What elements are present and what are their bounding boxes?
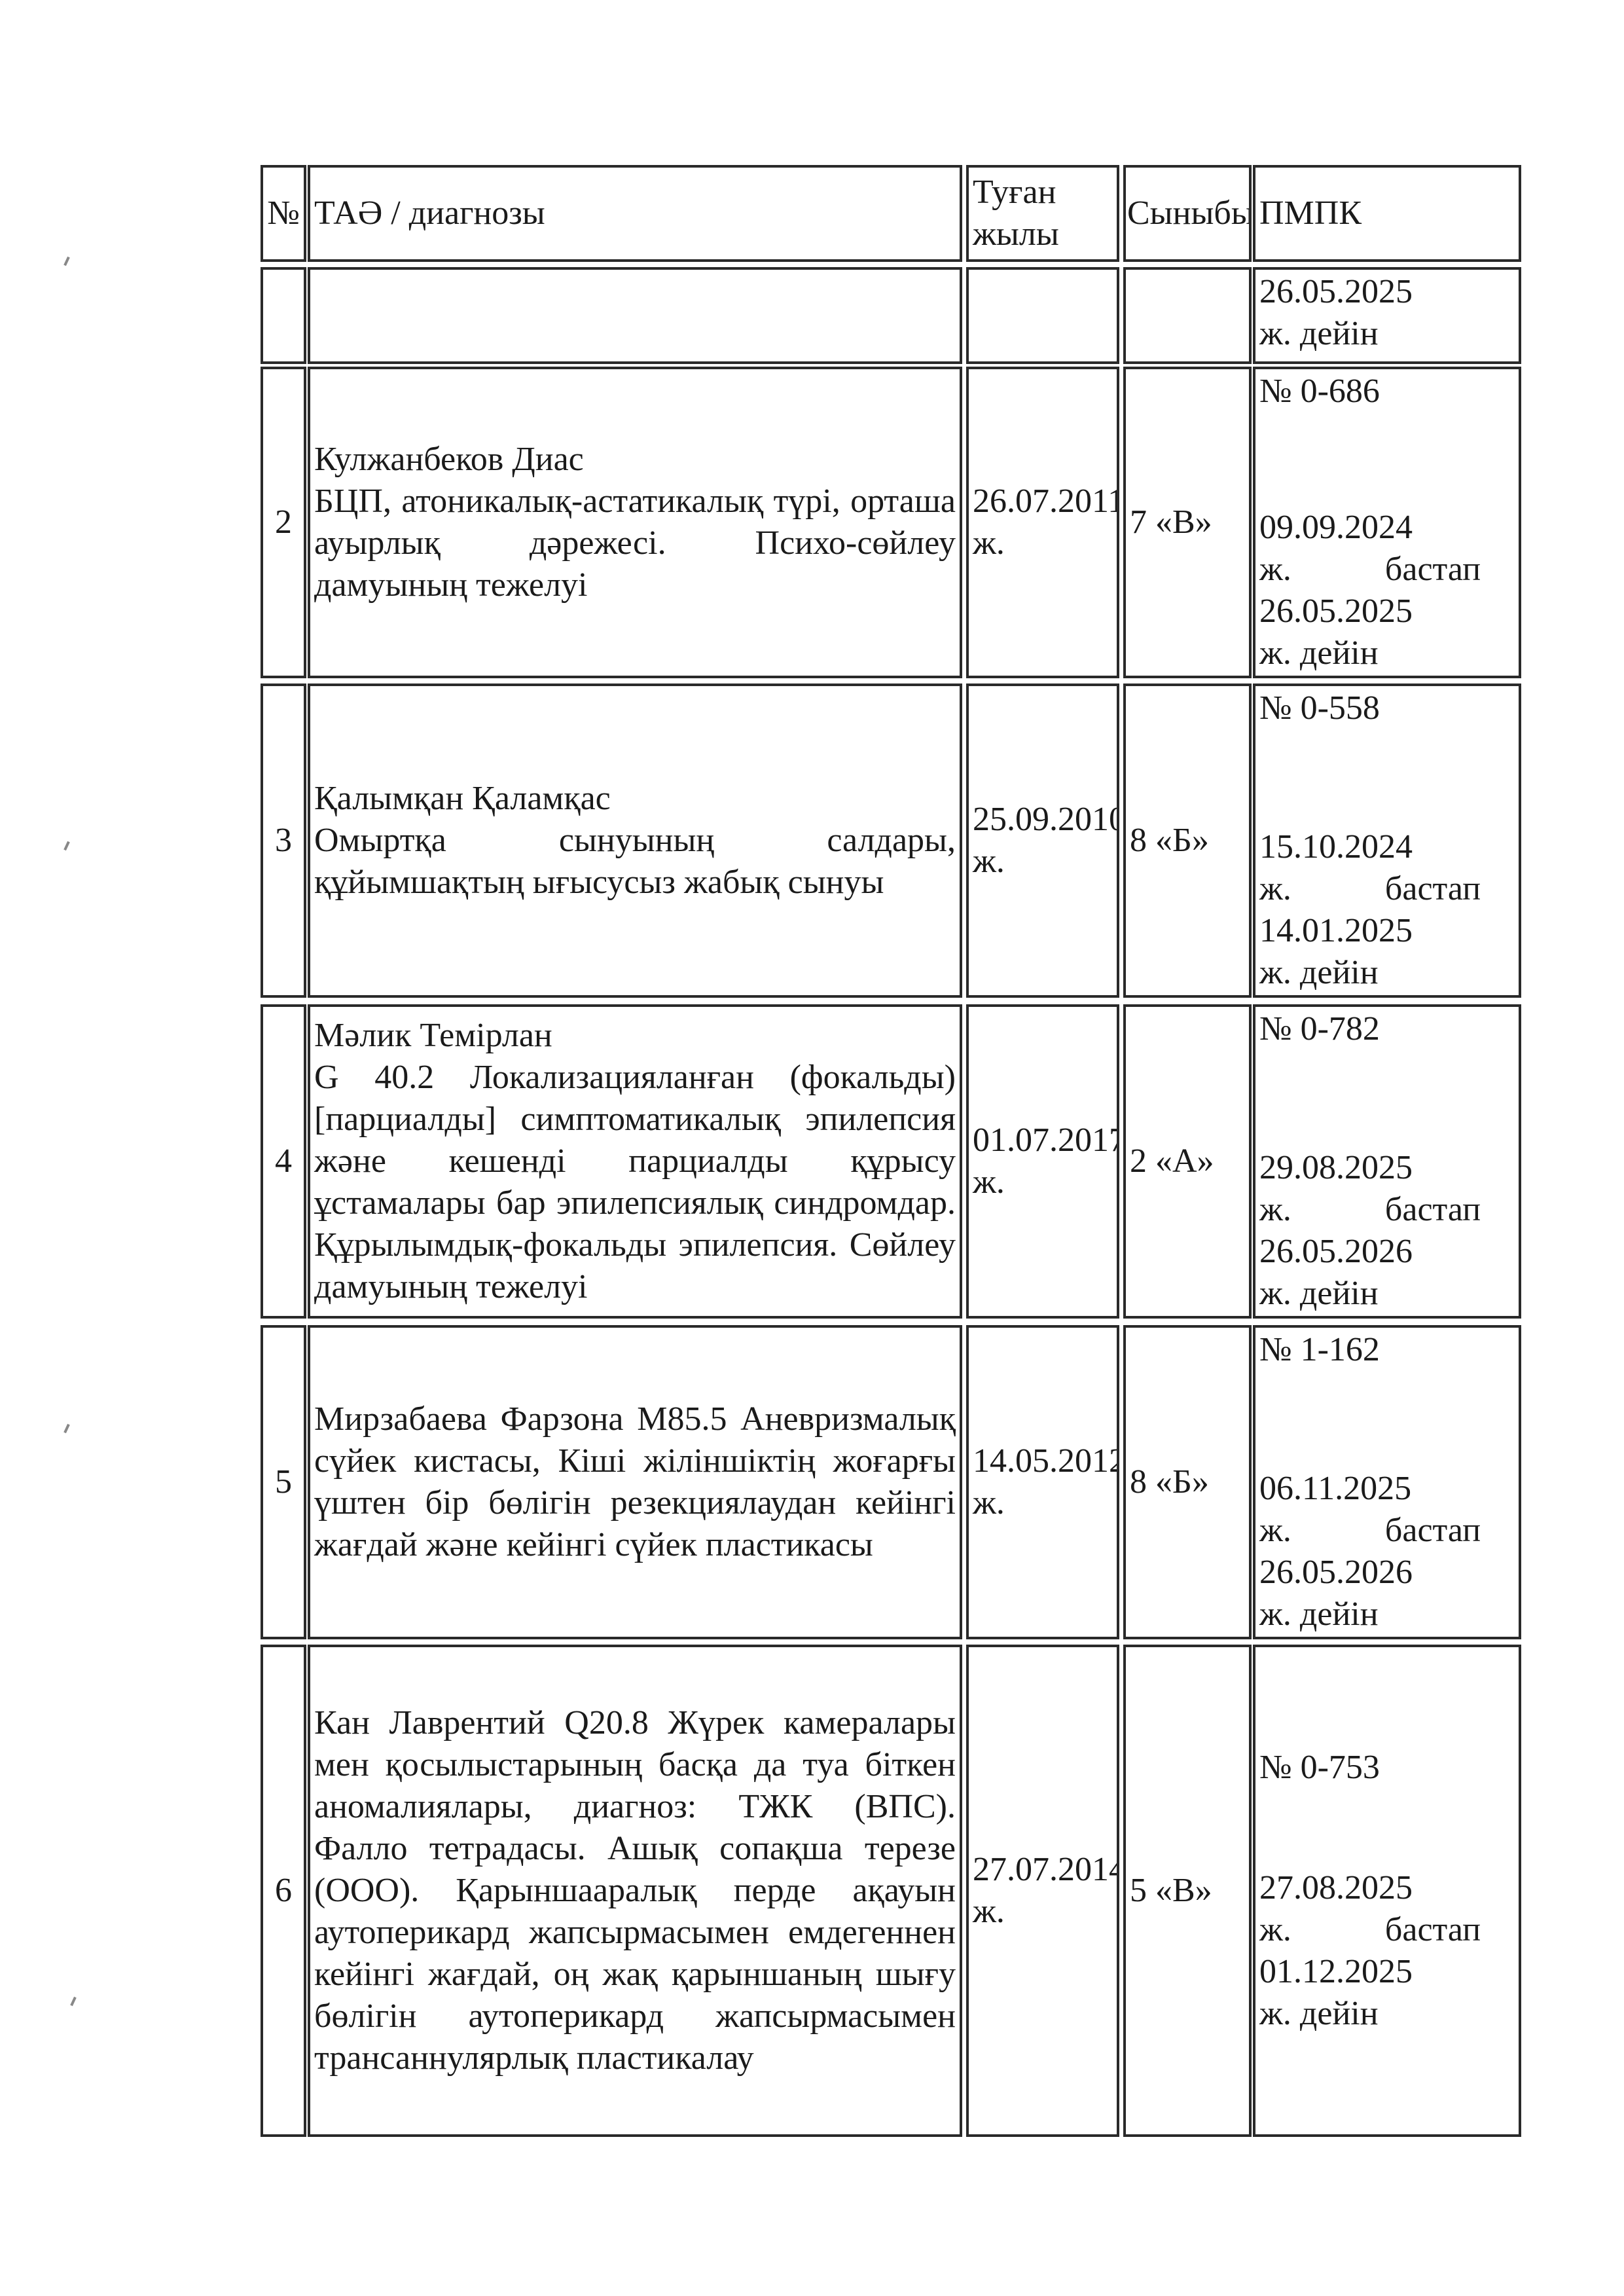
pmpk-from-label: ж. бастап bbox=[1259, 1189, 1515, 1231]
cell-name-diagnosis: Кан Лаврентий Q20.8 Жүрек камералары мен… bbox=[308, 1645, 962, 2137]
cell-class: 8 «Б» bbox=[1123, 1325, 1252, 1639]
student-name: Кан Лаврентий bbox=[314, 1704, 545, 1741]
cell-pmpk: 26.05.2025 ж. дейін bbox=[1253, 267, 1521, 364]
header-birth-year-line1: Туған bbox=[973, 172, 1056, 213]
cell-class bbox=[1123, 267, 1252, 364]
cell-pmpk: № 0-558 15.10.2024 ж. бастап 14.01.2025 … bbox=[1253, 683, 1521, 998]
diagnosis-text: Омыртқа сынуының салдары, құйымшақтың ығ… bbox=[314, 820, 956, 903]
pmpk-number: № 1-162 bbox=[1259, 1329, 1515, 1371]
birth-suffix: ж. bbox=[973, 841, 1113, 883]
cell-number: 6 bbox=[261, 1645, 306, 2137]
pmpk-from-date: 06.11.2025 bbox=[1259, 1468, 1515, 1510]
diagnosis-text: G 40.2 Локализацияланған (фокальды) [пар… bbox=[314, 1057, 956, 1308]
cell-birth-date: 26.07.2011 ж. bbox=[966, 367, 1119, 678]
header-birth-year: Туған жылы bbox=[966, 165, 1119, 262]
birth-date: 26.07.2011 bbox=[973, 481, 1113, 522]
class-value: 7 «В» bbox=[1130, 501, 1245, 543]
cell-birth-date: 01.07.2017 ж. bbox=[966, 1004, 1119, 1319]
cell-pmpk: № 0-753 27.08.2025 ж. бастап 01.12.2025 … bbox=[1253, 1645, 1521, 2137]
header-class-label: Сыныбы bbox=[1127, 192, 1252, 234]
header-birth-year-line2: жылы bbox=[973, 213, 1059, 255]
pmpk-from-date: 29.08.2025 bbox=[1259, 1147, 1515, 1189]
header-pmpk-label: ПМПК bbox=[1259, 192, 1362, 234]
header-name-diagnosis-label: ТАӘ / диагнозы bbox=[314, 192, 545, 234]
cell-pmpk: № 1-162 06.11.2025 ж. бастап 26.05.2026 … bbox=[1253, 1325, 1521, 1639]
pmpk-until-label: ж. дейін bbox=[1259, 1594, 1515, 1635]
pmpk-until-label: ж. дейін bbox=[1259, 632, 1515, 674]
cell-pmpk: № 0-782 29.08.2025 ж. бастап 26.05.2026 … bbox=[1253, 1004, 1521, 1319]
cell-pmpk: № 0-686 09.09.2024 ж. бастап 26.05.2025 … bbox=[1253, 367, 1521, 678]
cell-birth-date: 27.07.2014 ж. bbox=[966, 1645, 1119, 2137]
pmpk-from-label: ж. бастап bbox=[1259, 549, 1515, 591]
name-diagnosis-text: Мирзабаева Фарзона M85.5 Аневризмалық сү… bbox=[314, 1398, 956, 1566]
diagnosis-text: БЦП, атоникалық-астатикалық түрі, орташа… bbox=[314, 481, 956, 606]
class-value: 8 «Б» bbox=[1130, 820, 1245, 862]
row-number: 3 bbox=[275, 820, 292, 862]
student-name: Мирзабаева Фарзона bbox=[314, 1400, 624, 1438]
pmpk-period: 29.08.2025 ж. бастап 26.05.2026 ж. дейін bbox=[1259, 1147, 1515, 1315]
row-number: 5 bbox=[275, 1461, 292, 1503]
pmpk-number: № 0-753 bbox=[1259, 1747, 1515, 1789]
class-value: 5 «В» bbox=[1130, 1870, 1245, 1912]
pmpk-period: 27.08.2025 ж. бастап 01.12.2025 ж. дейін bbox=[1259, 1867, 1515, 2035]
pmpk-number: № 0-782 bbox=[1259, 1008, 1515, 1050]
pmpk-until-date: 26.05.2026 bbox=[1259, 1231, 1515, 1273]
cell-number: 5 bbox=[261, 1325, 306, 1639]
cell-birth-date bbox=[966, 267, 1119, 364]
pmpk-period: 09.09.2024 ж. бастап 26.05.2025 ж. дейін bbox=[1259, 507, 1515, 674]
class-value: 2 «А» bbox=[1130, 1140, 1245, 1182]
cell-number: 2 bbox=[261, 367, 306, 678]
pmpk-until-date: 26.05.2026 bbox=[1259, 1552, 1515, 1594]
scan-mark bbox=[63, 1424, 70, 1433]
scan-mark bbox=[63, 257, 70, 266]
pmpk-number: № 0-686 bbox=[1259, 371, 1515, 412]
pmpk-from-date: 15.10.2024 bbox=[1259, 826, 1515, 868]
cell-class: 5 «В» bbox=[1123, 1645, 1252, 2137]
birth-date: 01.07.2017 bbox=[973, 1120, 1113, 1161]
birth-suffix: ж. bbox=[973, 1482, 1113, 1524]
pmpk-period: 15.10.2024 ж. бастап 14.01.2025 ж. дейін bbox=[1259, 826, 1515, 994]
cell-name-diagnosis: Кулжанбеков Диас БЦП, атоникалық-астатик… bbox=[308, 367, 962, 678]
header-number-label: № bbox=[267, 192, 300, 234]
student-name: Мәлик Темірлан bbox=[314, 1015, 956, 1057]
cell-class: 2 «А» bbox=[1123, 1004, 1252, 1319]
name-diagnosis-text: Кан Лаврентий Q20.8 Жүрек камералары мен… bbox=[314, 1702, 956, 2079]
row-number: 4 bbox=[275, 1140, 292, 1182]
pmpk-until-date: 01.12.2025 bbox=[1259, 1951, 1515, 1993]
cell-number: 3 bbox=[261, 683, 306, 998]
pmpk-from-date: 27.08.2025 bbox=[1259, 1867, 1515, 1909]
diagnosis-text: Q20.8 Жүрек камералары мен қосылыстарыны… bbox=[314, 1704, 956, 2077]
cell-class: 8 «Б» bbox=[1123, 683, 1252, 998]
pmpk-from-label: ж. бастап bbox=[1259, 868, 1515, 910]
header-class: Сыныбы bbox=[1123, 165, 1252, 262]
pmpk-number: № 0-558 bbox=[1259, 687, 1515, 729]
class-value: 8 «Б» bbox=[1130, 1461, 1245, 1503]
pmpk-until-date: 14.01.2025 bbox=[1259, 910, 1515, 952]
birth-suffix: ж. bbox=[973, 1161, 1113, 1203]
pmpk-from-label: ж. бастап bbox=[1259, 1909, 1515, 1951]
birth-date: 25.09.2010 bbox=[973, 799, 1113, 841]
scan-mark bbox=[70, 1997, 77, 2006]
scan-mark bbox=[63, 841, 70, 850]
cell-number bbox=[261, 267, 306, 364]
student-name: Қалымқан Қаламқас bbox=[314, 778, 956, 820]
pmpk-until-label: ж. дейін bbox=[1259, 1273, 1515, 1315]
cell-number: 4 bbox=[261, 1004, 306, 1319]
cell-name-diagnosis: Мирзабаева Фарзона M85.5 Аневризмалық сү… bbox=[308, 1325, 962, 1639]
header-name-diagnosis: ТАӘ / диагнозы bbox=[308, 165, 962, 262]
pmpk-until-label: ж. дейін bbox=[1259, 952, 1515, 994]
row-number: 6 bbox=[275, 1870, 292, 1912]
birth-suffix: ж. bbox=[973, 1891, 1113, 1933]
pmpk-from-date: 09.09.2024 bbox=[1259, 507, 1515, 549]
pmpk-until-date: 26.05.2025 bbox=[1259, 591, 1515, 632]
pmpk-until-date: 26.05.2025 bbox=[1259, 271, 1515, 313]
cell-name-diagnosis: Мәлик Темірлан G 40.2 Локализацияланған … bbox=[308, 1004, 962, 1319]
pmpk-until-label: ж. дейін bbox=[1259, 313, 1515, 355]
birth-date: 27.07.2014 bbox=[973, 1849, 1113, 1891]
pmpk-from-label: ж. бастап bbox=[1259, 1510, 1515, 1552]
row-number: 2 bbox=[275, 501, 292, 543]
pmpk-until-label: ж. дейін bbox=[1259, 1993, 1515, 2035]
pmpk-period: 06.11.2025 ж. бастап 26.05.2026 ж. дейін bbox=[1259, 1468, 1515, 1635]
cell-class: 7 «В» bbox=[1123, 367, 1252, 678]
birth-suffix: ж. bbox=[973, 522, 1113, 564]
header-pmpk: ПМПК bbox=[1253, 165, 1521, 262]
header-number: № bbox=[261, 165, 306, 262]
cell-birth-date: 25.09.2010 ж. bbox=[966, 683, 1119, 998]
student-name: Кулжанбеков Диас bbox=[314, 439, 956, 481]
birth-date: 14.05.2012 bbox=[973, 1440, 1113, 1482]
cell-name-diagnosis: Қалымқан Қаламқас Омыртқа сынуының салда… bbox=[308, 683, 962, 998]
cell-name-diagnosis bbox=[308, 267, 962, 364]
cell-birth-date: 14.05.2012 ж. bbox=[966, 1325, 1119, 1639]
